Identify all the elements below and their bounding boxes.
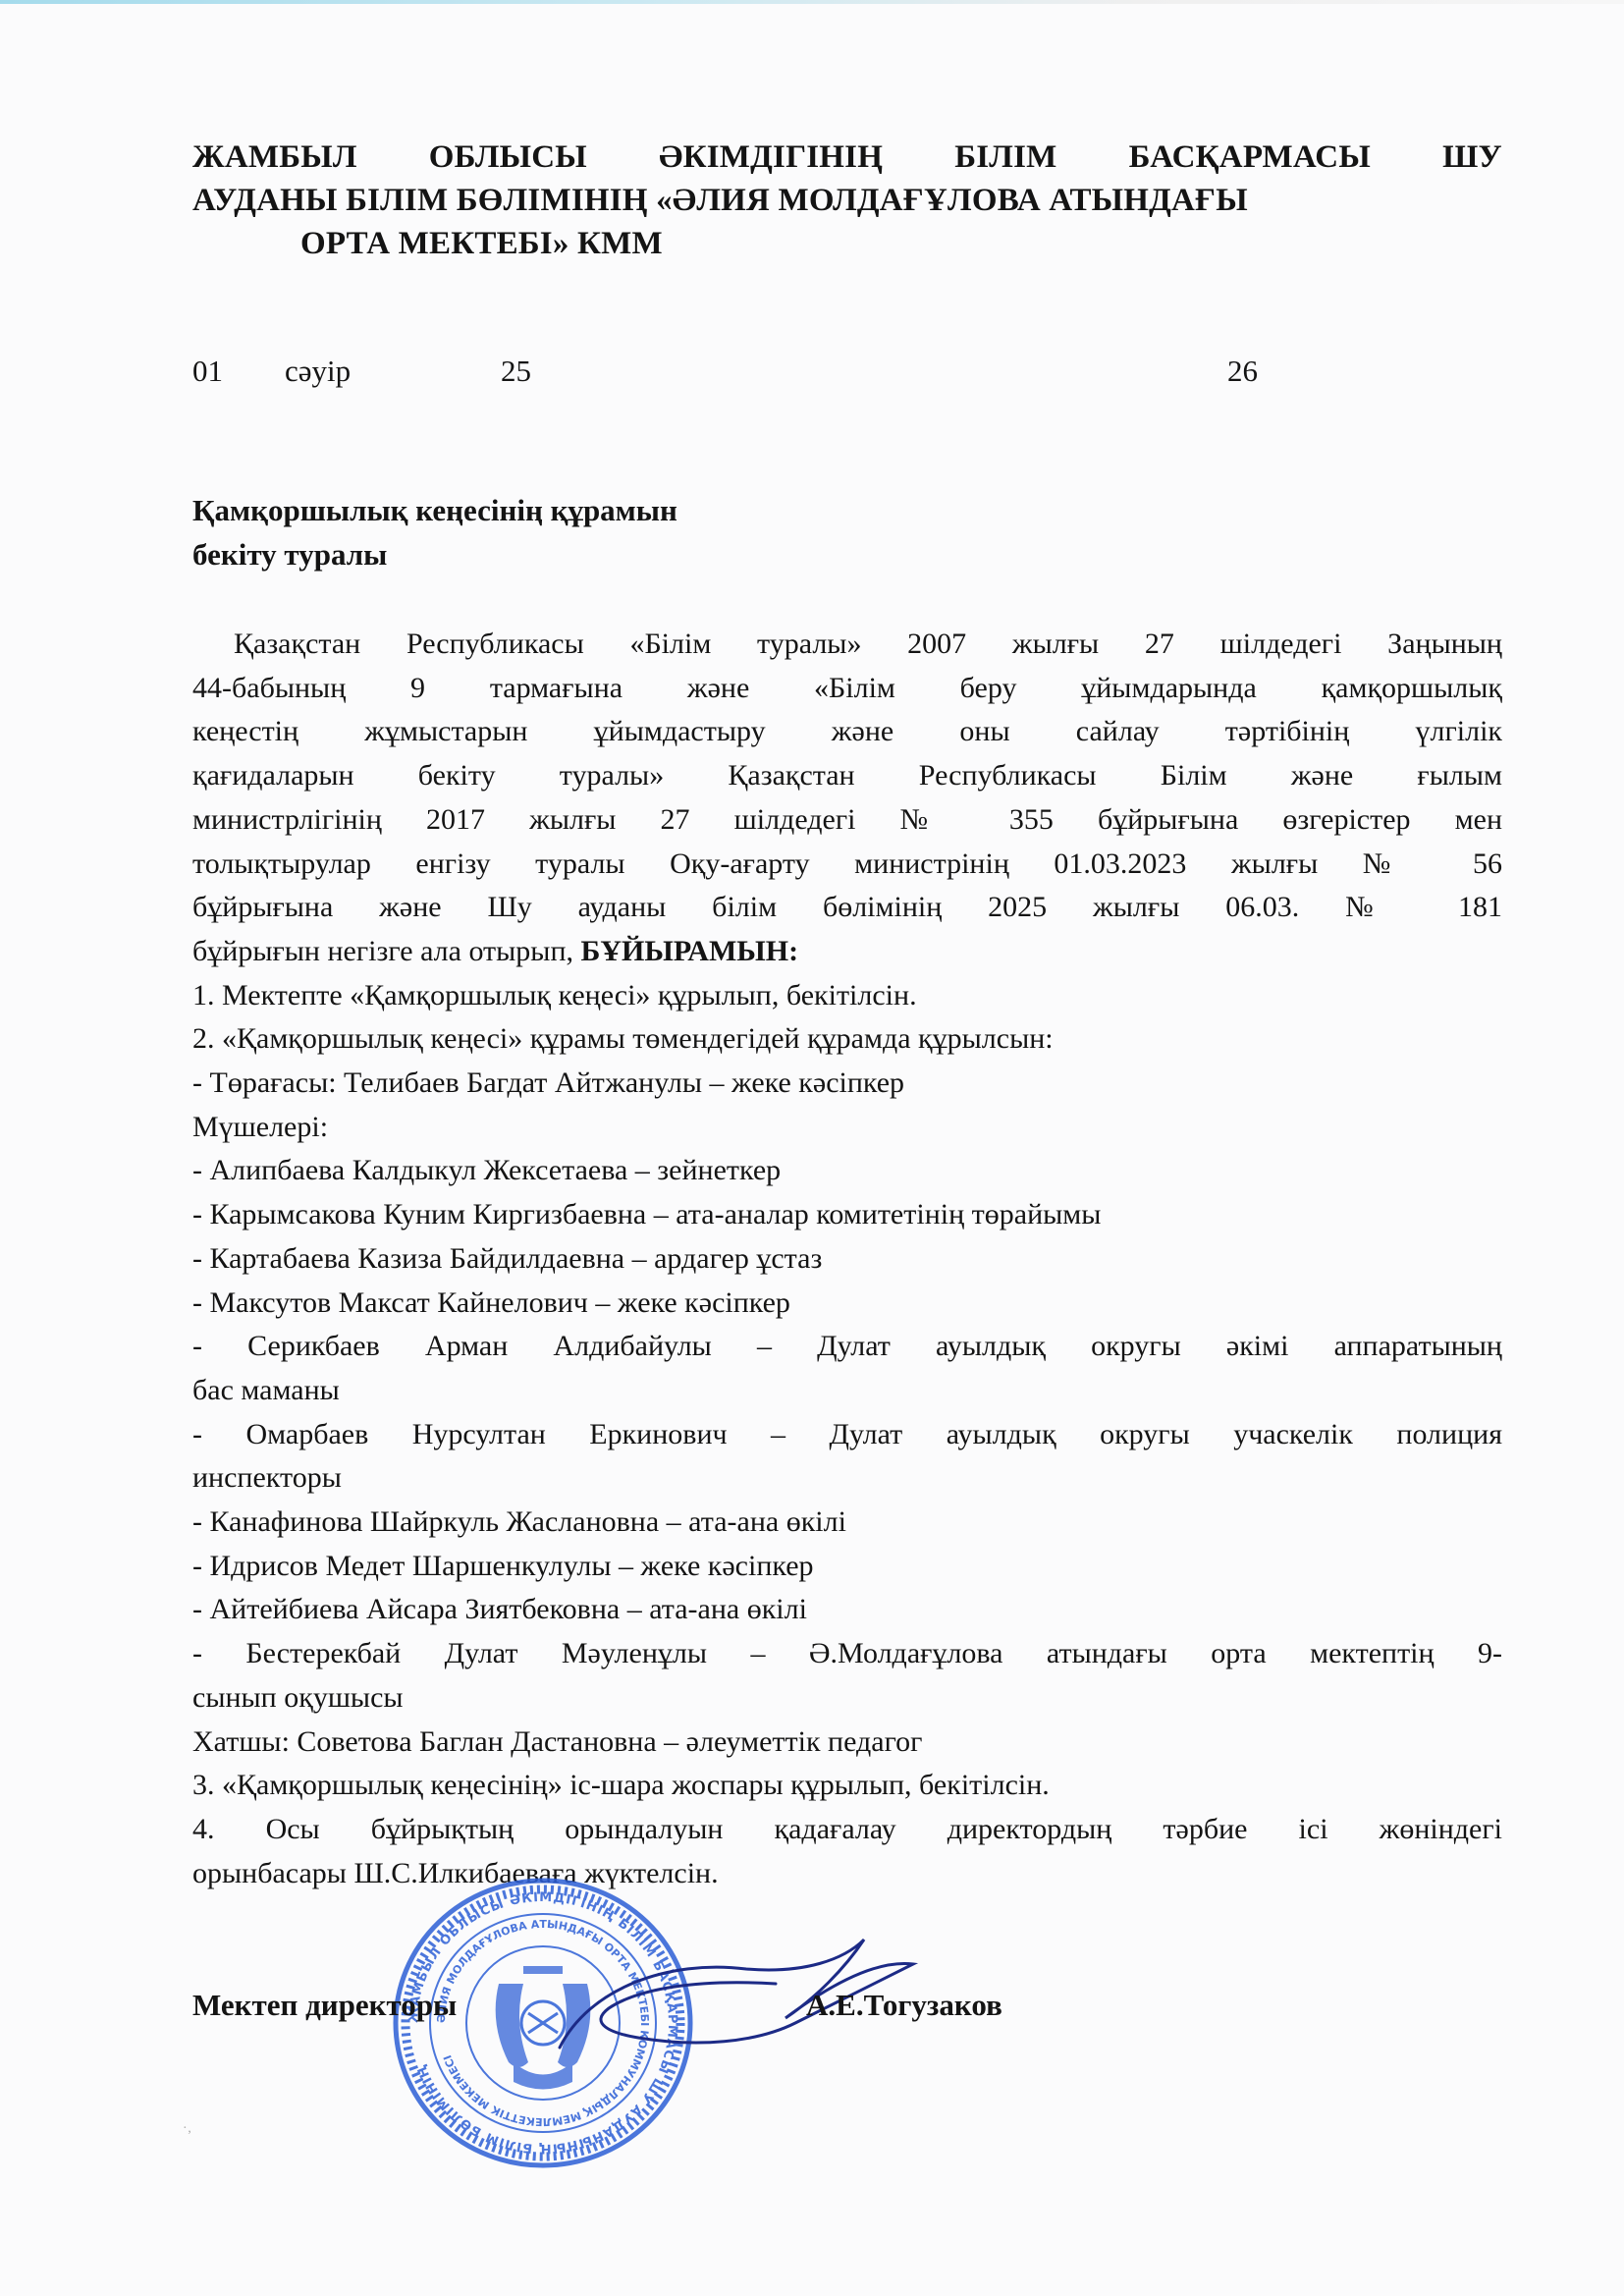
preamble-last-line: бұйрығын негізге ала отырып, БҰЙЫРАМЫН: bbox=[192, 930, 1502, 974]
header-word: ШУ bbox=[1442, 136, 1502, 179]
member-item: - Бестерекбай Дулат Мәуленұлы – Ә.Молдағ… bbox=[192, 1632, 1502, 1676]
member-item-cont: бас маманы bbox=[192, 1369, 1502, 1413]
preamble-line: кеңестің жұмыстарын ұйымдастыру және оны… bbox=[192, 710, 1502, 754]
member-item-cont: сынып оқушысы bbox=[192, 1676, 1502, 1721]
member-item: - Картабаева Казиза Байдилдаевна – ардаг… bbox=[192, 1237, 1502, 1282]
date-year: 25 bbox=[501, 354, 531, 389]
item-3: 3. «Қамқоршылық кеңесінің» іс-шара жоспа… bbox=[192, 1764, 1502, 1808]
title-line-2: бекіту туралы bbox=[192, 532, 677, 576]
scan-edge bbox=[0, 0, 1624, 4]
item-2: 2. «Қамқоршылық кеңесі» құрамы төмендегі… bbox=[192, 1017, 1502, 1062]
member-item: - Омарбаев Нурсултан Еркинович – Дулат а… bbox=[192, 1413, 1502, 1457]
date-row: 01 сәуір 25 26 bbox=[192, 354, 1502, 393]
preamble-line: бұйрығына және Шу ауданы білім бөлімінің… bbox=[192, 886, 1502, 930]
member-item: - Серикбаев Арман Алдибайулы – Дулат ауы… bbox=[192, 1325, 1502, 1369]
header-word: ОБЛЫСЫ bbox=[429, 136, 587, 179]
item-4-line-2: орынбасары Ш.С.Илкибаеваға жүктелсін. bbox=[192, 1852, 1502, 1896]
member-item: - Карымсакова Куним Киргизбаевна – ата-а… bbox=[192, 1193, 1502, 1237]
preamble-line: министрлігінің 2017 жылғы 27 шілдедегі №… bbox=[192, 798, 1502, 843]
document-title: Қамқоршылық кеңесінің құрамын бекіту тур… bbox=[192, 488, 677, 576]
order-command: БҰЙЫРАМЫН: bbox=[581, 935, 799, 967]
title-line-1: Қамқоршылық кеңесінің құрамын bbox=[192, 488, 677, 532]
header-line-3: ОРТА МЕКТЕБІ» КММ bbox=[192, 222, 1502, 265]
scan-speck: ·‚ bbox=[183, 2121, 191, 2137]
header-word: БІЛІМ bbox=[954, 136, 1056, 179]
header-line-2: АУДАНЫ БІЛІМ БӨЛІМІНІҢ «ӘЛИЯ МОЛДАҒҰЛОВА… bbox=[192, 179, 1502, 222]
item-4-line-1: 4. Осы бұйрықтың орындалуын қадағалау ди… bbox=[192, 1808, 1502, 1852]
signatory-name: А.Е.Тогузаков bbox=[806, 1984, 1002, 2027]
header-word: ЖАМБЫЛ bbox=[192, 136, 357, 179]
preamble-line: 44-бабының 9 тармағына және «Білім беру … bbox=[192, 667, 1502, 711]
preamble-line: қағидаларын бекіту туралы» Қазақстан Рес… bbox=[192, 754, 1502, 798]
members-list: - Алипбаева Калдыкул Жексетаева – зейнет… bbox=[192, 1149, 1502, 1720]
preamble: Қазақстан Республикасы «Білім туралы» 20… bbox=[192, 623, 1502, 974]
member-item: - Максутов Максат Кайнелович – жеке кәсі… bbox=[192, 1282, 1502, 1326]
date-day: 01 bbox=[192, 354, 223, 389]
signatory-role: Мектеп директоры bbox=[192, 1984, 457, 2027]
members-label: Мүшелері: bbox=[192, 1106, 1502, 1150]
preamble-line: Қазақстан Республикасы «Білім туралы» 20… bbox=[192, 623, 1502, 667]
member-item: - Айтейбиева Айсара Зиятбековна – ата-ан… bbox=[192, 1588, 1502, 1632]
chairman: - Төрағасы: Телибаев Багдат Айтжанулы – … bbox=[192, 1062, 1502, 1106]
member-item-cont: инспекторы bbox=[192, 1456, 1502, 1501]
member-item: - Канафинова Шайркуль Жаслановна – ата-а… bbox=[192, 1501, 1502, 1545]
date-month: сәуір bbox=[285, 354, 351, 389]
member-item: - Алипбаева Калдыкул Жексетаева – зейнет… bbox=[192, 1149, 1502, 1193]
member-item: - Идрисов Медет Шаршенкулулы – жеке кәсі… bbox=[192, 1545, 1502, 1589]
order-number: 26 bbox=[1227, 354, 1258, 389]
document-body: Қазақстан Республикасы «Білім туралы» 20… bbox=[192, 623, 1502, 1895]
item-1: 1. Мектепте «Қамқоршылық кеңесі» құрылып… bbox=[192, 974, 1502, 1018]
secretary: Хатшы: Советова Баглан Дастановна – әлеу… bbox=[192, 1721, 1502, 1765]
header-word: ӘКІМДІГІНІҢ bbox=[659, 136, 883, 179]
preamble-line: толықтырулар енгізу туралы Оқу-ағарту ми… bbox=[192, 843, 1502, 887]
preamble-text: бұйрығын негізге ала отырып, bbox=[192, 935, 573, 967]
organization-header: ЖАМБЫЛ ОБЛЫСЫ ӘКІМДІГІНІҢ БІЛІМ БАСҚАРМА… bbox=[192, 136, 1502, 265]
header-line-1: ЖАМБЫЛ ОБЛЫСЫ ӘКІМДІГІНІҢ БІЛІМ БАСҚАРМА… bbox=[192, 136, 1502, 179]
header-word: БАСҚАРМАСЫ bbox=[1129, 136, 1371, 179]
